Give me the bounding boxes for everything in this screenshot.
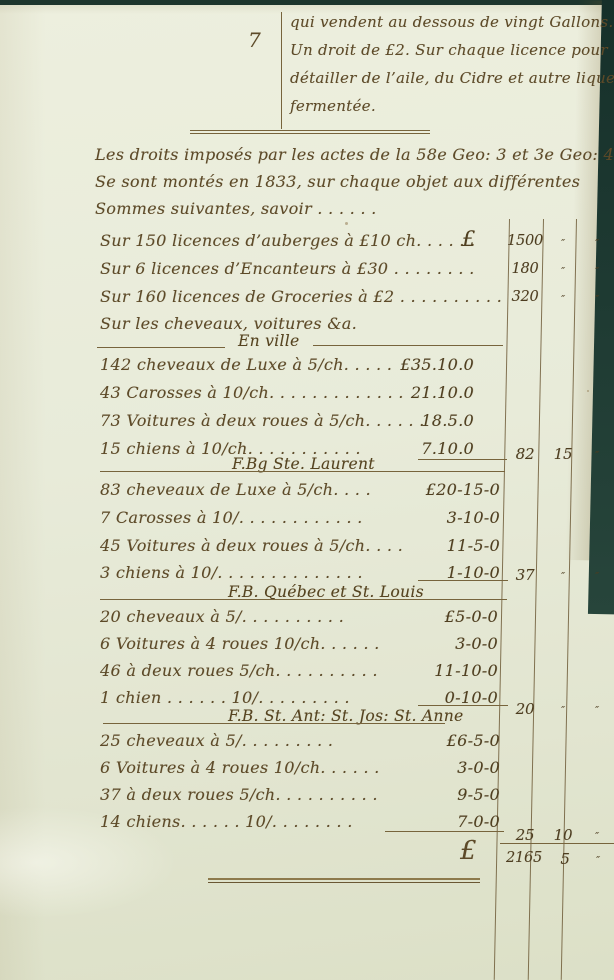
- top-note-line: Un droit de £2. Sur chaque licence pour: [290, 41, 608, 59]
- section-title: En ville: [238, 332, 299, 350]
- ledger-row: 6 Voitures à 4 roues 10/ch. . . . . .3-0…: [100, 634, 502, 653]
- row-text: 6 Voitures à 4 roues 10/ch. . . . . .: [100, 758, 380, 777]
- row-amount: 18.5.0: [421, 411, 474, 430]
- row-amount: £5-0-0: [445, 607, 498, 626]
- intro-line: Se sont montés en 1833, sur chaque objet…: [95, 172, 580, 191]
- intro-line: Les droits imposés par les actes de la 5…: [95, 145, 614, 164]
- ledger-row: 142 cheveaux de Luxe à 5/ch. . . . .£35.…: [100, 355, 502, 374]
- ledger-row: 73 Voitures à deux roues à 5/ch. . . . .…: [100, 411, 502, 430]
- sum-line: [385, 831, 504, 832]
- top-note-line: fermentée.: [290, 97, 376, 115]
- ledger-row: 45 Voitures à deux roues à 5/ch. . . .11…: [100, 536, 502, 555]
- ledger-row: 37 à deux roues 5/ch. . . . . . . . . .9…: [100, 785, 502, 804]
- row-text: 20 cheveaux à 5/. . . . . . . . . .: [100, 607, 344, 626]
- ledger-row: 25 cheveaux à 5/. . . . . . . . .£6-5-0: [100, 731, 502, 750]
- row-amount: 7-0-0: [457, 812, 500, 831]
- row-text: 73 Voitures à deux roues à 5/ch. . . . .…: [100, 411, 425, 430]
- row-text: 6 Voitures à 4 roues 10/ch. . . . . .: [100, 634, 380, 653]
- row-text: 7 Carosses à 10/. . . . . . . . . . . .: [100, 508, 363, 527]
- ledger-row: Sur 160 licences de Groceries à £2 . . .…: [100, 287, 502, 306]
- row-text: 83 cheveaux de Luxe à 5/ch. . . .: [100, 480, 371, 499]
- row-amount: 21.10.0: [411, 383, 474, 402]
- ledger-row: 14 chiens. . . . . . 10/. . . . . . . .7…: [100, 812, 502, 831]
- section-total-pence: ″: [577, 449, 614, 462]
- pounds-value: 320: [505, 289, 545, 305]
- ledger-row: 7 Carosses à 10/. . . . . . . . . . . .3…: [100, 508, 502, 527]
- row-text: 14 chiens. . . . . . 10/. . . . . . . .: [100, 812, 353, 831]
- row-amount: £20-15-0: [426, 480, 500, 499]
- row-amount: 11-5-0: [447, 536, 500, 555]
- top-double-rule: [190, 133, 430, 134]
- section-total-pounds: 82: [505, 445, 545, 463]
- grand-total-pence: ″: [578, 854, 614, 867]
- row-amount: 11-10-0: [434, 661, 498, 680]
- pence-value: ″: [577, 265, 614, 278]
- currency-symbol: £: [462, 227, 476, 251]
- sum-line: [418, 705, 508, 706]
- grand-total-currency: £: [460, 836, 477, 866]
- row-text: Sur 6 licences d’Encanteurs à £30 . . . …: [100, 259, 474, 278]
- section-total-pence: ″: [577, 570, 614, 583]
- section-total-pounds: 37: [505, 566, 545, 584]
- section-total-pounds: 20: [505, 700, 545, 718]
- row-amount: 7.10.0: [421, 439, 474, 458]
- ledger-row: 46 à deux roues 5/ch. . . . . . . . . .1…: [100, 661, 502, 680]
- ledger-row: Sur 6 licences d’Encanteurs à £30 . . . …: [100, 259, 502, 278]
- row-text: 3 chiens à 10/. . . . . . . . . . . . . …: [100, 563, 363, 582]
- closing-double-rule: [208, 878, 480, 880]
- ink-speck: [587, 390, 589, 392]
- scan-edge-top: [0, 0, 614, 5]
- section-underline: [100, 599, 507, 600]
- sum-line: [418, 580, 508, 581]
- row-text: 46 à deux roues 5/ch. . . . . . . . . .: [100, 661, 378, 680]
- row-text: 43 Carosses à 10/ch. . . . . . . . . . .…: [100, 383, 404, 402]
- row-amount: 3-0-0: [457, 758, 500, 777]
- row-amount: £35.10.0: [400, 355, 474, 374]
- pence-value: ″: [577, 237, 614, 250]
- section-total-pounds: 25: [505, 826, 545, 844]
- row-amount: £6-5-0: [447, 731, 500, 750]
- top-double-rule: [190, 130, 430, 131]
- sum-line: [418, 459, 507, 460]
- row-text: 37 à deux roues 5/ch. . . . . . . . . .: [100, 785, 378, 804]
- manuscript-page: 7 qui vendent au dessous de vingt Gallon…: [0, 0, 614, 980]
- section-total-pence: ″: [577, 704, 614, 717]
- ledger-row: 20 cheveaux à 5/. . . . . . . . . .£5-0-…: [100, 607, 502, 626]
- row-text: Sur 160 licences de Groceries à £2 . . .…: [100, 287, 502, 306]
- row-text: 1 chien . . . . . . 10/. . . . . . . . .: [100, 688, 350, 707]
- pounds-value: 180: [505, 261, 545, 277]
- pounds-value: 1500: [505, 233, 545, 249]
- ink-speck: [345, 222, 348, 225]
- margin-divider-line: [281, 12, 282, 129]
- top-note-line: détailler de l’aile, du Cidre et autre l…: [290, 69, 614, 87]
- section-rule-left: [97, 347, 225, 348]
- ledger-row: 83 cheveaux de Luxe à 5/ch. . . .£20-15-…: [100, 480, 502, 499]
- row-text: 142 cheveaux de Luxe à 5/ch. . . . .: [100, 355, 392, 374]
- ledger-row: 6 Voitures à 4 roues 10/ch. . . . . .3-0…: [100, 758, 502, 777]
- section-underline: [103, 723, 445, 724]
- row-text: Sur 150 licences d’auberges à £10 ch. . …: [100, 231, 475, 250]
- row-amount: 3-0-0: [455, 634, 498, 653]
- section-total-pence: ″: [577, 830, 614, 843]
- row-text: 45 Voitures à deux roues à 5/ch. . . .: [100, 536, 403, 555]
- pence-value: ″: [577, 293, 614, 306]
- row-amount: 9-5-0: [457, 785, 500, 804]
- top-note-line: qui vendent au dessous de vingt Gallons.: [290, 13, 613, 31]
- grand-total-pounds: 2165: [504, 850, 544, 866]
- grand-total-separator: [500, 843, 614, 844]
- ledger-row: 43 Carosses à 10/ch. . . . . . . . . . .…: [100, 383, 502, 402]
- ledger-row: Sur les cheveaux, voitures &a.: [100, 314, 502, 333]
- row-amount: 3-10-0: [447, 508, 500, 527]
- intro-line: Sommes suivantes, savoir . . . . . .: [95, 199, 377, 218]
- closing-double-rule: [208, 882, 480, 883]
- row-text: Sur les cheveaux, voitures &a.: [100, 314, 357, 333]
- section-rule-right: [313, 345, 503, 346]
- margin-item-number: 7: [248, 28, 261, 52]
- row-text: 25 cheveaux à 5/. . . . . . . . .: [100, 731, 333, 750]
- section-underline: [100, 471, 505, 472]
